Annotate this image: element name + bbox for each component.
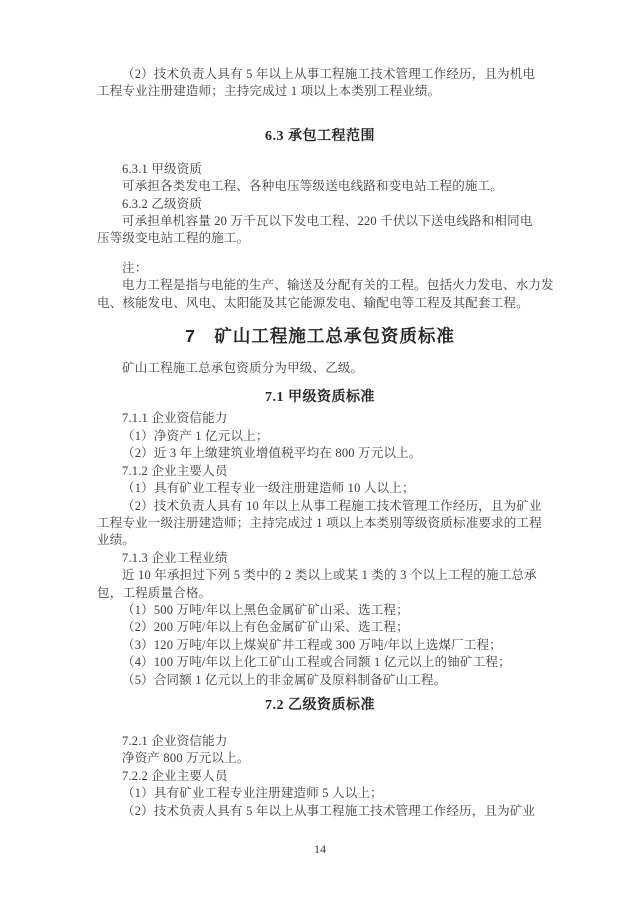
text-line: 工程专业注册建造师；主持完成过 1 项以上本类别工程业绩。 (97, 83, 543, 100)
section-7-2-body: 7.2.1 企业资信能力 净资产 800 万元以上。 7.2.2 企业主要人员 … (97, 733, 543, 820)
text-line: （1）500 万吨/年以上黑色金属矿矿山采、选工程； (97, 602, 543, 619)
chapter-heading-7: 7 矿山工程施工总承包资质标准 (97, 325, 543, 347)
text-line: 7.1.3 企业工程业绩 (97, 550, 543, 567)
note-paragraph: 注： 电力工程是指与电能的生产、输送及分配有关的工程。包括火力发电、水力发 电、… (97, 260, 543, 312)
text-line: （1）具有矿业工程专业注册建造师 5 人以上； (97, 785, 543, 802)
text-line: 包，工程质量合格。 (97, 585, 543, 602)
text-line: 6.3.1 甲级资质 (97, 161, 543, 178)
text-line: 7.1.2 企业主要人员 (97, 463, 543, 480)
text-line: 7.2.2 企业主要人员 (97, 768, 543, 785)
paragraph-tech-lead-continued: （2）技术负责人具有 5 年以上从事工程施工技术管理工作经历，且为机电 工程专业… (97, 66, 543, 101)
text-line: 7.2.1 企业资信能力 (97, 733, 543, 750)
text-line: （1）具有矿业工程专业一级注册建造师 10 人以上； (97, 480, 543, 497)
text-line: 电、核能发电、风电、太阳能及其它能源发电、输配电等工程及其配套工程。 (97, 295, 543, 312)
text-line: 净资产 800 万元以上。 (97, 750, 543, 767)
text-line: （2）近 3 年上缴建筑业增值税平均在 800 万元以上。 (97, 445, 543, 462)
text-line: （2）技术负责人具有 10 年以上从事工程施工技术管理工作经历，且为矿业 (97, 498, 543, 515)
text-line: 可承担各类发电工程、各种电压等级送电线路和变电站工程的施工。 (97, 178, 543, 195)
document-page: （2）技术负责人具有 5 年以上从事工程施工技术管理工作经历，且为机电 工程专业… (0, 0, 640, 905)
text-line: （5）合同额 1 亿元以上的非金属矿及原料制备矿山工程。 (97, 672, 543, 689)
chapter-7-intro: 矿山工程施工总承包资质分为甲级、乙级。 (97, 360, 543, 377)
section-heading-7-1: 7.1 甲级资质标准 (97, 389, 543, 407)
section-6-3-body: 6.3.1 甲级资质 可承担各类发电工程、各种电压等级送电线路和变电站工程的施工… (97, 161, 543, 248)
text-line: 业绩。 (97, 532, 543, 549)
section-7-1-body: 7.1.1 企业资信能力 （1）净资产 1 亿元以上； （2）近 3 年上缴建筑… (97, 410, 543, 689)
section-heading-7-2: 7.2 乙级资质标准 (97, 697, 543, 715)
text-line: 6.3.2 乙级资质 (97, 196, 543, 213)
text-line: （3）120 万吨/年以上煤炭矿井工程或 300 万吨/年以上选煤厂工程； (97, 637, 543, 654)
text-line: 近 10 年承担过下列 5 类中的 2 类以上或某 1 类的 3 个以上工程的施… (97, 567, 543, 584)
text-line: 注： (97, 260, 543, 277)
text-line: 电力工程是指与电能的生产、输送及分配有关的工程。包括火力发电、水力发 (97, 277, 543, 294)
text-line: 工程专业一级注册建造师；主持完成过 1 项以上本类别等级资质标准要求的工程 (97, 515, 543, 532)
text-line: （2）技术负责人具有 5 年以上从事工程施工技术管理工作经历，且为矿业 (97, 803, 543, 820)
section-heading-6-3: 6.3 承包工程范围 (97, 128, 543, 146)
text-line: 矿山工程施工总承包资质分为甲级、乙级。 (97, 360, 543, 377)
text-line: （1）净资产 1 亿元以上； (97, 428, 543, 445)
text-line: （4）100 万吨/年以上化工矿山工程或合同额 1 亿元以上的铀矿工程； (97, 654, 543, 671)
text-line: （2）技术负责人具有 5 年以上从事工程施工技术管理工作经历，且为机电 (97, 66, 543, 83)
text-line: 压等级变电站工程的施工。 (97, 230, 543, 247)
text-line: 可承担单机容量 20 万千瓦以下发电工程、220 千伏以下送电线路和相同电 (97, 213, 543, 230)
page-number: 14 (0, 841, 640, 858)
text-line: 7.1.1 企业资信能力 (97, 410, 543, 427)
text-line: （2）200 万吨/年以上有色金属矿矿山采、选工程； (97, 619, 543, 636)
